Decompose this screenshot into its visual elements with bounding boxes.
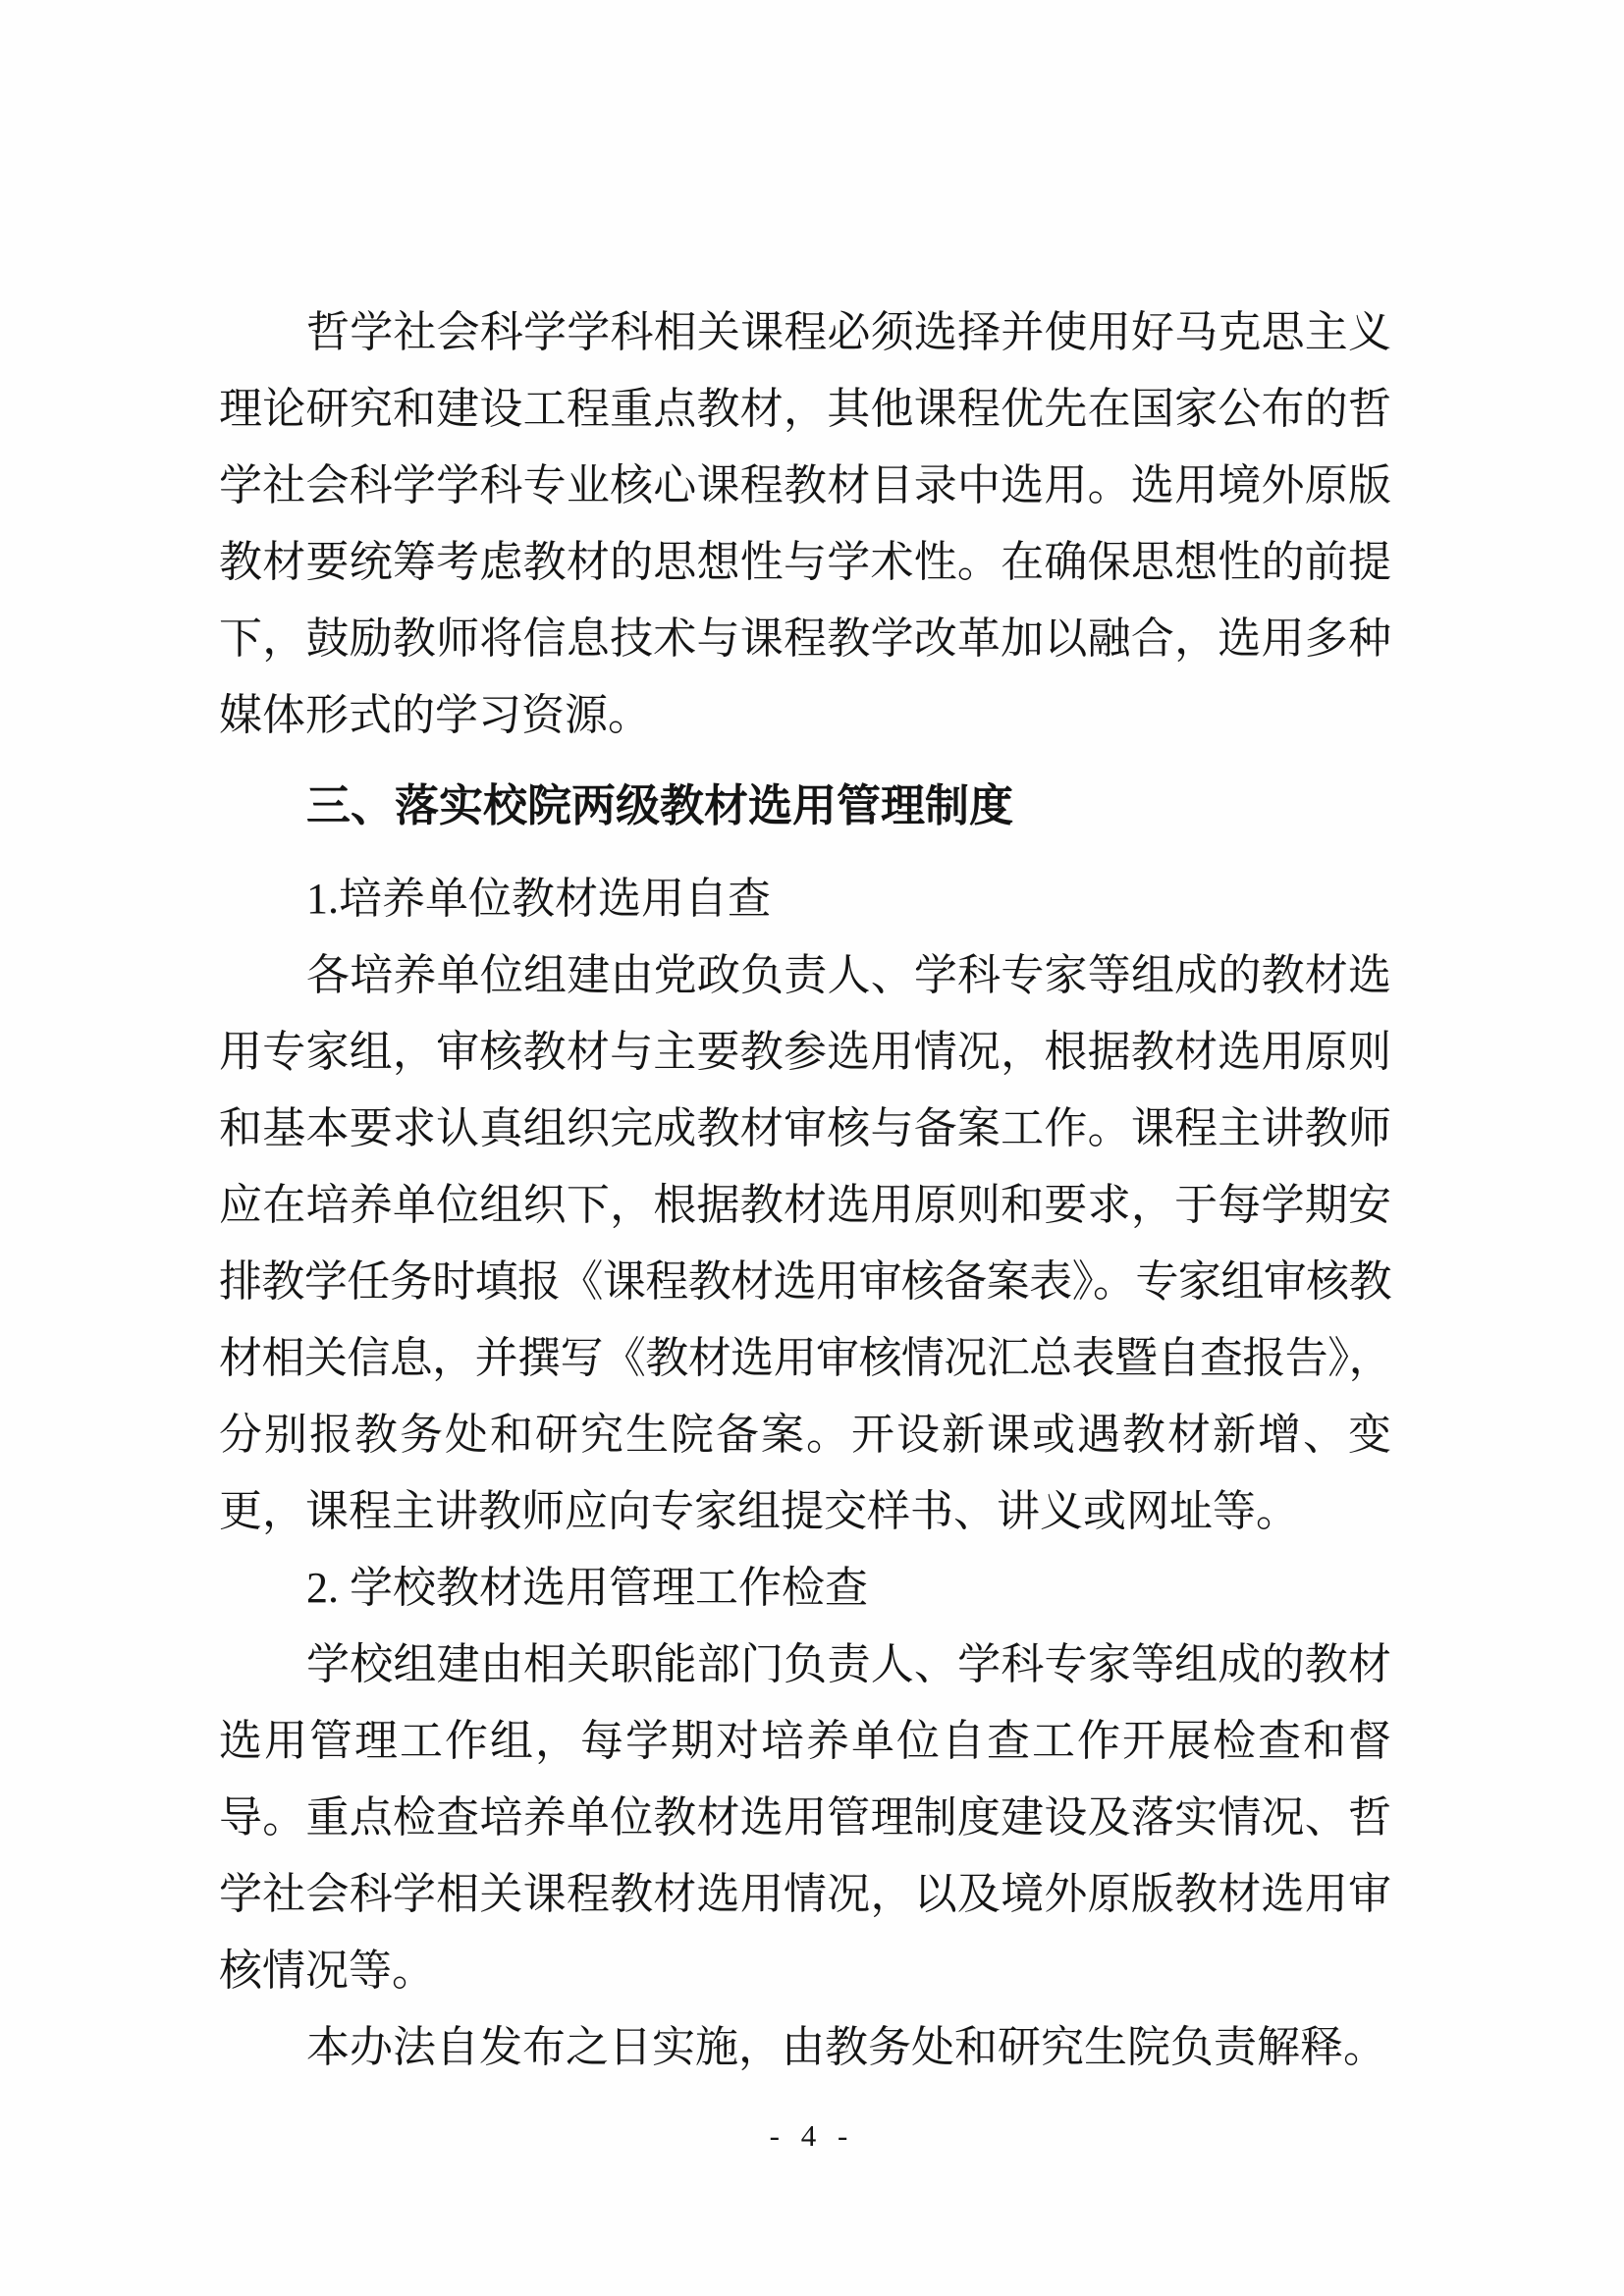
text-line: 排教学任务时填报《课程教材选用审核备案表》。专家组审核教 xyxy=(219,1244,1391,1320)
text-line: 分别报教务处和研究生院备案。开设新课或遇教材新增、变 xyxy=(219,1397,1391,1473)
text-line: 学校组建由相关职能部门负责人、学科专家等组成的教材 xyxy=(219,1627,1391,1703)
text-line: 和基本要求认真组织完成教材审核与备案工作。课程主讲教师 xyxy=(219,1091,1391,1167)
text-line: 教材要统筹考虑教材的思想性与学术性。在确保思想性的前提 xyxy=(219,524,1391,601)
text-line: 下，鼓励教师将信息技术与课程教学改革加以融合，选用多种 xyxy=(219,601,1391,677)
text-line: 应在培养单位组织下，根据教材选用原则和要求，于每学期安 xyxy=(219,1167,1391,1244)
text-line: 学社会科学学科专业核心课程教材目录中选用。选用境外原版 xyxy=(219,448,1391,524)
text-line: 媒体形式的学习资源。 xyxy=(219,677,1391,754)
text-line: 更，课程主讲教师应向专家组提交样书、讲义或网址等。 xyxy=(219,1473,1391,1550)
subsection-heading: 1.培养单位教材选用自查 xyxy=(219,861,1391,937)
text-line: 理论研究和建设工程重点教材，其他课程优先在国家公布的哲 xyxy=(219,371,1391,448)
text-line: 学社会科学相关课程教材选用情况，以及境外原版教材选用审 xyxy=(219,1856,1391,1933)
document-body: 哲学社会科学学科相关课程必须选择并使用好马克思主义理论研究和建设工程重点教材，其… xyxy=(219,294,1391,2086)
text-line: 材相关信息，并撰写《教材选用审核情况汇总表暨自查报告》， xyxy=(219,1320,1391,1397)
text-line: 导。重点检查培养单位教材选用管理制度建设及落实情况、哲 xyxy=(219,1780,1391,1856)
subsection-heading: 2. 学校教材选用管理工作检查 xyxy=(219,1550,1391,1627)
section-heading: 三、落实校院两级教材选用管理制度 xyxy=(219,768,1391,844)
page-number: - 4 - xyxy=(0,2116,1624,2156)
text-line: 本办法自发布之日实施，由教务处和研究生院负责解释。 xyxy=(219,2009,1391,2086)
text-line: 各培养单位组建由党政负责人、学科专家等组成的教材选 xyxy=(219,937,1391,1014)
text-line: 核情况等。 xyxy=(219,1933,1391,2009)
text-line: 选用管理工作组，每学期对培养单位自查工作开展检查和督 xyxy=(219,1703,1391,1780)
text-line: 哲学社会科学学科相关课程必须选择并使用好马克思主义 xyxy=(219,294,1391,371)
document-page: 哲学社会科学学科相关课程必须选择并使用好马克思主义理论研究和建设工程重点教材，其… xyxy=(0,0,1624,2296)
text-line: 用专家组，审核教材与主要教参选用情况，根据教材选用原则 xyxy=(219,1014,1391,1091)
